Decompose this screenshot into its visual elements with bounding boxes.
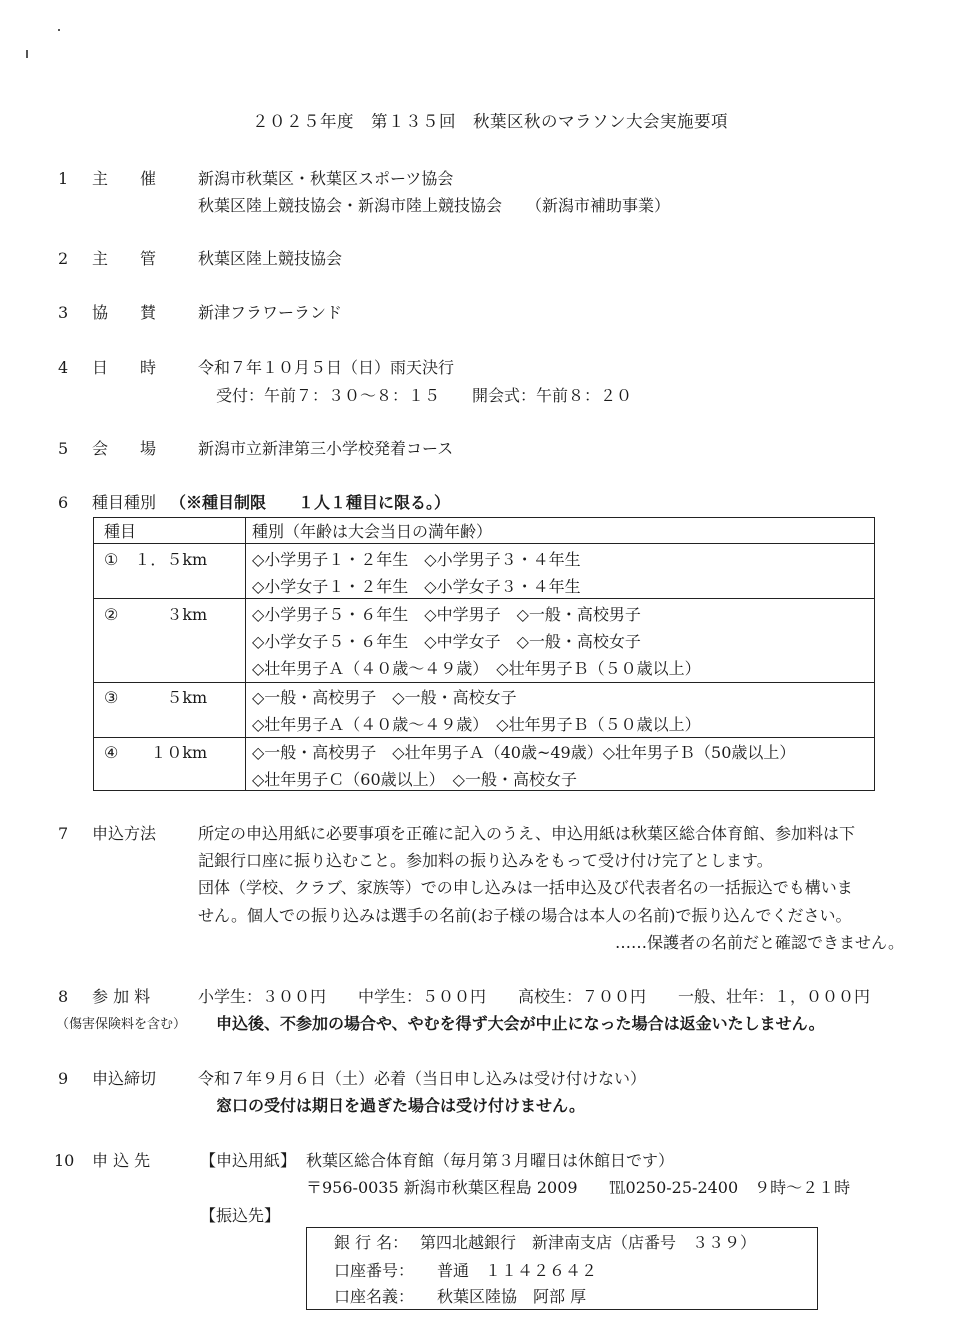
section-label-application: 申込方法 bbox=[92, 826, 156, 842]
section-number: 1 bbox=[58, 171, 78, 187]
organizer-line-1: 新潟市秋葉区・秋葉区スポーツ協会 bbox=[198, 171, 453, 187]
organizer-line-2: 秋葉区陸上競技協会・新潟市陸上競技協会 （新潟市補助事業） bbox=[198, 198, 670, 214]
scan-artifact bbox=[58, 29, 60, 31]
table-divider bbox=[94, 543, 874, 544]
event-5km: ③ ５km bbox=[104, 690, 207, 706]
section-label-datetime: 日 時 bbox=[92, 360, 156, 376]
reception-time: 受付：午前７：３０～８：１５ 開会式：午前８：２０ bbox=[216, 388, 632, 404]
sponsor-value: 新津フラワーランド bbox=[198, 305, 342, 321]
section-number: 5 bbox=[58, 441, 78, 457]
application-line-5: ……保護者の名前だと確認できません。 bbox=[615, 935, 904, 951]
application-line-2: 記銀行口座に振り込むこと。参加料の振り込みをもって受け付け完了とします。 bbox=[198, 853, 773, 869]
section-number: 9 bbox=[58, 1071, 78, 1087]
scan-artifact bbox=[26, 50, 28, 58]
account-holder-label: 口座名義： bbox=[334, 1289, 414, 1305]
fee-insurance-note: （傷害保険料を含む） bbox=[56, 1018, 186, 1031]
category-line: ◇小学女子１・２年生 ◇小学女子３・４年生 bbox=[252, 579, 581, 595]
section-number: 6 bbox=[58, 495, 78, 511]
event-10km: ④ １０km bbox=[104, 745, 207, 761]
form-place: 秋葉区総合体育館（毎月第３月曜日は休館日です） bbox=[306, 1153, 674, 1169]
table-divider bbox=[94, 682, 874, 683]
application-line-3: 団体（学校、クラブ、家族等）での申し込みは一括申込及び代表者名の一括振込でも構い… bbox=[198, 880, 853, 896]
table-divider bbox=[94, 598, 874, 599]
fee-refund-notice: 申込後、不参加の場合や、やむを得ず大会が中止になった場合は返金いたしません。 bbox=[216, 1016, 825, 1032]
document-title: ２０２５年度 第１３５回 秋葉区秋のマラソン大会実施要項 bbox=[0, 114, 980, 131]
address: 〒956-0035 新潟市秋葉区程島 2009 ℡0250-25-2400 ９時… bbox=[306, 1180, 850, 1196]
category-line: ◇壮年男子Ａ（４０歳～４９歳） ◇壮年男子Ｂ（５０歳以上） bbox=[252, 661, 701, 677]
account-number: 普通 １１４２６４２ bbox=[437, 1263, 597, 1279]
date-value: 令和７年１０月５日（日）雨天決行 bbox=[198, 360, 454, 376]
event-limit-note: （※種目制限 １人１種目に限る。） bbox=[170, 495, 450, 511]
category-line: ◇一般・高校男子 ◇一般・高校女子 bbox=[252, 690, 517, 706]
table-header-category: 種別（年齢は大会当日の満年齢） bbox=[252, 524, 492, 540]
category-line: ◇一般・高校男子 ◇壮年男子Ａ（40歳~49歳）◇壮年男子Ｂ（50歳以上） bbox=[252, 745, 795, 761]
event-1-5km: ① １．５km bbox=[104, 552, 207, 568]
event-table: 種目 種別（年齢は大会当日の満年齢） ① １．５km ◇小学男子１・２年生 ◇小… bbox=[93, 517, 875, 791]
table-divider bbox=[245, 518, 246, 790]
management-value: 秋葉区陸上競技協会 bbox=[198, 251, 342, 267]
section-label-events: 種目種別 bbox=[92, 495, 156, 511]
table-header-event: 種目 bbox=[104, 524, 136, 540]
category-line: ◇壮年男子Ａ（４０歳～４９歳） ◇壮年男子Ｂ（５０歳以上） bbox=[252, 717, 701, 733]
section-label-fee: 参 加 料 bbox=[92, 989, 150, 1005]
category-line: ◇壮年男子Ｃ（60歳以上） ◇一般・高校女子 bbox=[252, 772, 577, 788]
bank-name: 第四北越銀行 新津南支店（店番号 ３３９） bbox=[420, 1235, 756, 1251]
transfer-label: 【振込先】 bbox=[200, 1208, 280, 1224]
event-3km: ② ３km bbox=[104, 607, 207, 623]
section-label-organizer: 主 催 bbox=[92, 171, 156, 187]
section-label-deadline: 申込締切 bbox=[92, 1071, 156, 1087]
section-number: 4 bbox=[58, 360, 78, 376]
section-label-submit-to: 申 込 先 bbox=[92, 1153, 150, 1169]
section-number: 10 bbox=[54, 1153, 74, 1169]
deadline-notice: 窓口の受付は期日を過ぎた場合は受け付けません。 bbox=[216, 1098, 585, 1114]
bank-info-box: 銀 行 名： 第四北越銀行 新津南支店（店番号 ３３９） 口座番号： 普通 １１… bbox=[306, 1227, 818, 1310]
category-line: ◇小学男子５・６年生 ◇中学男子 ◇一般・高校男子 bbox=[252, 607, 641, 623]
account-holder: 秋葉区陸協 阿部 厚 bbox=[437, 1289, 586, 1305]
bank-name-label: 銀 行 名： bbox=[334, 1235, 408, 1251]
form-label: 【申込用紙】 bbox=[200, 1153, 296, 1169]
deadline-value: 令和７年９月６日（土）必着（当日申し込みは受け付けない） bbox=[198, 1071, 646, 1087]
section-label-venue: 会 場 bbox=[92, 441, 156, 457]
category-line: ◇小学女子５・６年生 ◇中学女子 ◇一般・高校女子 bbox=[252, 634, 641, 650]
category-line: ◇小学男子１・２年生 ◇小学男子３・４年生 bbox=[252, 552, 581, 568]
application-line-1: 所定の申込用紙に必要事項を正確に記入のうえ、申込用紙は秋葉区総合体育館、参加料は… bbox=[198, 826, 855, 842]
section-number: 8 bbox=[58, 989, 78, 1005]
section-number: 2 bbox=[58, 251, 78, 267]
section-label-sponsor: 協 賛 bbox=[92, 305, 156, 321]
section-number: 3 bbox=[58, 305, 78, 321]
venue-value: 新潟市立新津第三小学校発着コース bbox=[198, 441, 453, 457]
fee-values: 小学生：３００円 中学生：５００円 高校生：７００円 一般、壮年：１，０００円 bbox=[198, 989, 870, 1005]
table-divider bbox=[94, 737, 874, 738]
account-number-label: 口座番号： bbox=[334, 1263, 414, 1279]
section-label-management: 主 管 bbox=[92, 251, 156, 267]
section-number: 7 bbox=[58, 826, 78, 842]
application-line-4: せん。個人での振り込みは選手の名前(お子様の場合は本人の名前)で振り込んでくださ… bbox=[198, 908, 851, 924]
